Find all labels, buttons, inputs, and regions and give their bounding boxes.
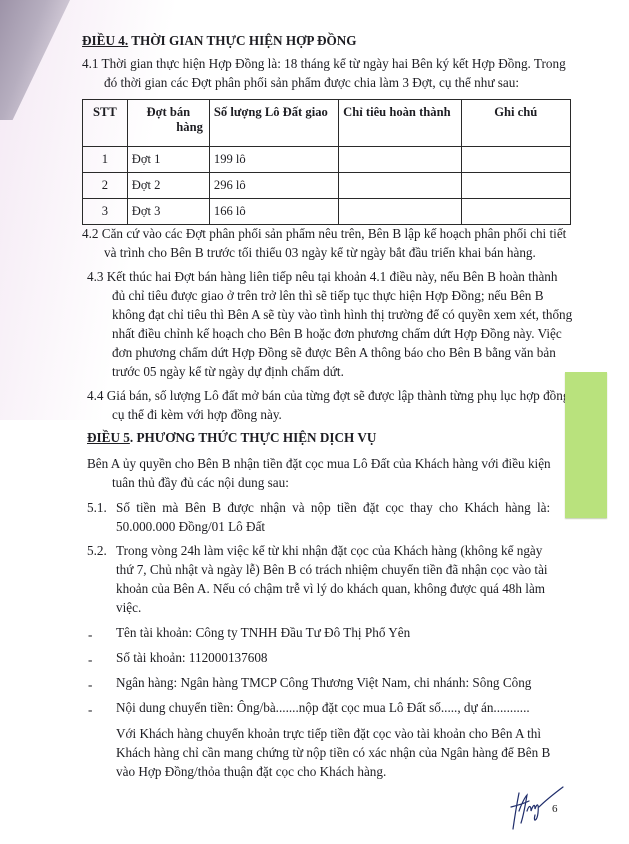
- p43-line1: 4.3 Kết thúc hai Đợt bán hàng liên tiếp …: [87, 269, 558, 285]
- cell-chi-tieu: [339, 199, 461, 225]
- table-row: 2 Đợt 2 296 lô: [83, 173, 571, 199]
- cell-chi-tieu: [339, 173, 461, 199]
- cell-dot: Đợt 2: [127, 173, 209, 199]
- page-number: 6: [552, 803, 558, 815]
- cell-ghi-chu: [461, 147, 570, 173]
- p43-line6: trước 05 ngày kể từ ngày dự định chấm dứ…: [112, 364, 344, 380]
- p51-line1: Số tiền mà Bên B được nhận và nộp tiền đ…: [116, 500, 561, 516]
- bullet-transfer-content: Nội dung chuyển tiền: Ông/bà.......nộp đ…: [116, 700, 530, 716]
- p43-line4: nhất điều chỉnh kế hoạch cho Bên B hoặc …: [112, 326, 562, 342]
- table-row: 1 Đợt 1 199 lô: [83, 147, 571, 173]
- article4-heading: ĐIỀU 4. THỜI GIAN THỰC HIỆN HỢP ĐỒNG: [82, 33, 357, 49]
- p43-line3: không đạt chỉ tiêu thì Bên A sẽ tùy vào …: [112, 307, 572, 323]
- p52-line4: việc.: [116, 600, 141, 616]
- table-header-row: STT Đợt bán hàng Số lượng Lô Đất giao Ch…: [83, 100, 571, 147]
- bullet-account-number: Số tài khoản: 112000137608: [116, 650, 268, 666]
- cell-stt: 2: [83, 173, 128, 199]
- cell-stt: 3: [83, 199, 128, 225]
- p5-intro-line2: tuân thủ đầy đủ các nội dung sau:: [112, 475, 289, 491]
- bullet-marker: -: [88, 652, 92, 668]
- p42-line1: 4.2 Căn cứ vào các Đợt phân phối sản phẩ…: [82, 226, 566, 242]
- bullet-bank: Ngân hàng: Ngân hàng TMCP Công Thương Vi…: [116, 675, 531, 691]
- header-so-luong: Số lượng Lô Đất giao: [209, 100, 338, 147]
- p43-line5: đơn phương chấm dứt Hợp Đồng sẽ được Bên…: [112, 345, 556, 361]
- article5-heading: ĐIỀU 5. PHƯƠNG THỨC THỰC HIỆN DỊCH VỤ: [87, 430, 376, 446]
- p52-line2: thứ 7, Chủ nhật và ngày lễ) Bên B có trá…: [116, 562, 548, 578]
- bullet-marker: -: [88, 702, 92, 718]
- p51-line2: 50.000.000 Đồng/01 Lô Đất: [116, 519, 265, 535]
- p51-number: 5.1.: [87, 500, 107, 516]
- article5-heading-number: ĐIỀU 5: [87, 430, 130, 445]
- sticky-note: [565, 372, 607, 518]
- cell-ghi-chu: [461, 199, 570, 225]
- article5-heading-title: . PHƯƠNG THỨC THỰC HIỆN DỊCH VỤ: [130, 430, 377, 445]
- p5-intro-line1: Bên A ủy quyền cho Bên B nhận tiền đặt c…: [87, 456, 551, 472]
- p41-line1: 4.1 Thời gian thực hiện Hợp Đồng là: 18 …: [82, 56, 569, 72]
- p52-line3: khoản của Bên A. Nếu có chậm trễ vì lý d…: [116, 581, 545, 597]
- cell-so-luong: 296 lô: [209, 173, 338, 199]
- cell-so-luong: 166 lô: [209, 199, 338, 225]
- cell-dot: Đợt 3: [127, 199, 209, 225]
- bullet-marker: -: [88, 627, 92, 643]
- p44-line2: cụ thể đi kèm với hợp đồng này.: [112, 407, 282, 423]
- table-row: 3 Đợt 3 166 lô: [83, 199, 571, 225]
- closing-line2: Khách hàng chỉ cần mang chứng từ nộp tiề…: [116, 745, 550, 761]
- header-dot-ban-hang: Đợt bán hàng: [127, 100, 209, 147]
- article4-heading-title: THỜI GIAN THỰC HIỆN HỢP ĐỒNG: [128, 33, 356, 48]
- header-ghi-chu: Ghi chú: [461, 100, 570, 147]
- article4-heading-number: ĐIỀU 4.: [82, 33, 128, 48]
- cell-stt: 1: [83, 147, 128, 173]
- header-dot-line2: hàng: [132, 120, 205, 135]
- header-stt: STT: [83, 100, 128, 147]
- bullet-account-name: Tên tài khoản: Công ty TNHH Đầu Tư Đô Th…: [116, 625, 410, 641]
- closing-line3: vào Hợp Đồng/thỏa thuận đặt cọc cho Khác…: [116, 764, 386, 780]
- header-dot-line1: Đợt bán: [132, 105, 205, 120]
- distribution-table: STT Đợt bán hàng Số lượng Lô Đất giao Ch…: [82, 99, 571, 225]
- document-page: ĐIỀU 4. THỜI GIAN THỰC HIỆN HỢP ĐỒNG 4.1…: [0, 0, 629, 844]
- bullet-marker: -: [88, 677, 92, 693]
- closing-line1: Với Khách hàng chuyển khoản trực tiếp ti…: [116, 726, 541, 742]
- cell-ghi-chu: [461, 173, 570, 199]
- p52-number: 5.2.: [87, 543, 107, 559]
- cell-chi-tieu: [339, 147, 461, 173]
- cell-so-luong: 199 lô: [209, 147, 338, 173]
- p41-line2: đó thời gian các Đợt phân phối sản phẩm …: [104, 75, 519, 91]
- header-chi-tieu: Chỉ tiêu hoàn thành: [339, 100, 461, 147]
- p42-line2: và trình cho Bên B trước tối thiểu 03 ng…: [104, 245, 536, 261]
- p44-line1: 4.4 Giá bán, số lượng Lô đất mở bán của …: [87, 388, 569, 404]
- p43-line2: đủ chỉ tiêu được giao ở trên trở lên thì…: [112, 288, 544, 304]
- p52-line1: Trong vòng 24h làm việc kể từ khi nhận đ…: [116, 543, 542, 559]
- cell-dot: Đợt 1: [127, 147, 209, 173]
